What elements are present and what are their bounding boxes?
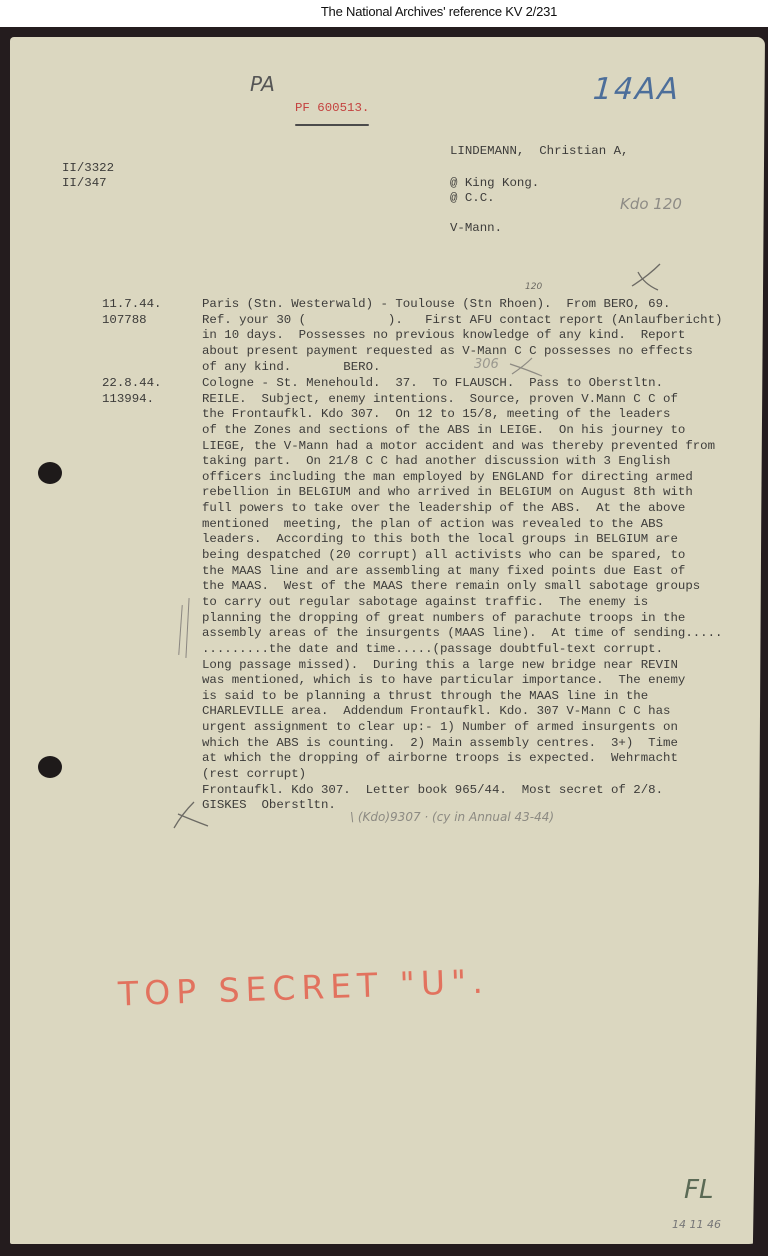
entry-line: was mentioned, which is to have particul… <box>202 673 723 689</box>
punch-hole-top <box>38 462 62 484</box>
entry-line: about present payment requested as V-Man… <box>202 344 723 360</box>
entry-line: to carry out regular sabotage against tr… <box>202 595 723 611</box>
pf-number: PF 600513. <box>295 100 369 116</box>
alias-2: @ C.C. <box>450 190 495 206</box>
entry-line: Ref. your 30 ( ). First AFU contact repo… <box>202 313 723 329</box>
entry-line: is said to be planning a thrust through … <box>202 689 723 705</box>
entry-number: 113994. <box>102 392 162 408</box>
file-ref-2: II/347 <box>62 175 107 191</box>
handwritten-serial: 14AA <box>592 72 682 107</box>
entry-line: Cologne - St. Menehould. 37. To FLAUSCH.… <box>202 376 723 392</box>
entry-line: taking part. On 21/8 C C had another dis… <box>202 454 723 470</box>
subject-name: LINDEMANN, Christian A, <box>450 143 628 159</box>
handwritten-kdo: Kdo 120 <box>620 195 682 213</box>
entry-date: 22.8.44. <box>102 376 162 392</box>
archive-reference: The National Archives' reference KV 2/23… <box>0 4 768 24</box>
entry-line: Paris (Stn. Westerwald) - Toulouse (Stn … <box>202 297 723 313</box>
entry-1-meta: 11.7.44. 107788 <box>102 297 162 328</box>
entry-line: urgent assignment to clear up:- 1) Numbe… <box>202 720 723 736</box>
entry-line: at which the dropping of airborne troops… <box>202 751 723 767</box>
entry-line: .........the date and time.....(passage … <box>202 642 723 658</box>
handwritten-pa: PA <box>250 72 275 96</box>
punch-hole-bottom <box>38 756 62 778</box>
handwritten-date: 14 11 46 <box>672 1218 721 1231</box>
entry-line: which the ABS is counting. 2) Main assem… <box>202 736 723 752</box>
entry-line: Frontaufkl. Kdo 307. Letter book 965/44.… <box>202 783 723 799</box>
entry-line: CHARLEVILLE area. Addendum Frontaufkl. K… <box>202 704 723 720</box>
role: V-Mann. <box>450 220 502 236</box>
entry-2-text: Cologne - St. Menehould. 37. To FLAUSCH.… <box>202 376 723 814</box>
entry-line: Long passage missed). During this a larg… <box>202 658 723 674</box>
entry-line: the Frontaufkl. Kdo 307. On 12 to 15/8, … <box>202 407 723 423</box>
file-ref-1: II/3322 <box>62 160 114 176</box>
entry-line: (rest corrupt) <box>202 767 723 783</box>
entry-line: officers including the man employed by E… <box>202 470 723 486</box>
entry-line: GISKES Oberstltn. <box>202 798 723 814</box>
entry-line: leaders. According to this both the loca… <box>202 532 723 548</box>
entry-line: REILE. Subject, enemy intentions. Source… <box>202 392 723 408</box>
alias-1: @ King Kong. <box>450 175 539 191</box>
entry-line: rebellion in BELGIUM and who arrived in … <box>202 485 723 501</box>
pencil-cross-top-icon <box>628 262 664 294</box>
entry-line: planning the dropping of great numbers o… <box>202 611 723 627</box>
entry-line: of any kind. BERO. <box>202 360 723 376</box>
entry-line: being despatched (20 corrupt) all activi… <box>202 548 723 564</box>
entry-date: 11.7.44. <box>102 297 162 313</box>
entry-line: assembly areas of the insurgents (MAAS l… <box>202 626 723 642</box>
entry-line: mentioned meeting, the plan of action wa… <box>202 517 723 533</box>
entry-line: full powers to take over the leadership … <box>202 501 723 517</box>
entry-line: of the Zones and sections of the ABS in … <box>202 423 723 439</box>
entry-2-meta: 22.8.44. 113994. <box>102 376 162 407</box>
entry-1-text: Paris (Stn. Westerwald) - Toulouse (Stn … <box>202 297 723 375</box>
entry-number: 107788 <box>102 313 162 329</box>
entry-line: LIEGE, the V-Mann had a motor accident a… <box>202 439 723 455</box>
pf-underline <box>295 124 369 126</box>
entry-line: the MAAS line and are assembling at many… <box>202 564 723 580</box>
handwritten-120: 120 <box>525 282 542 292</box>
handwritten-initials: FL <box>684 1175 713 1205</box>
entry-line: in 10 days. Possesses no previous knowle… <box>202 328 723 344</box>
entry-line: the MAAS. West of the MAAS there remain … <box>202 579 723 595</box>
